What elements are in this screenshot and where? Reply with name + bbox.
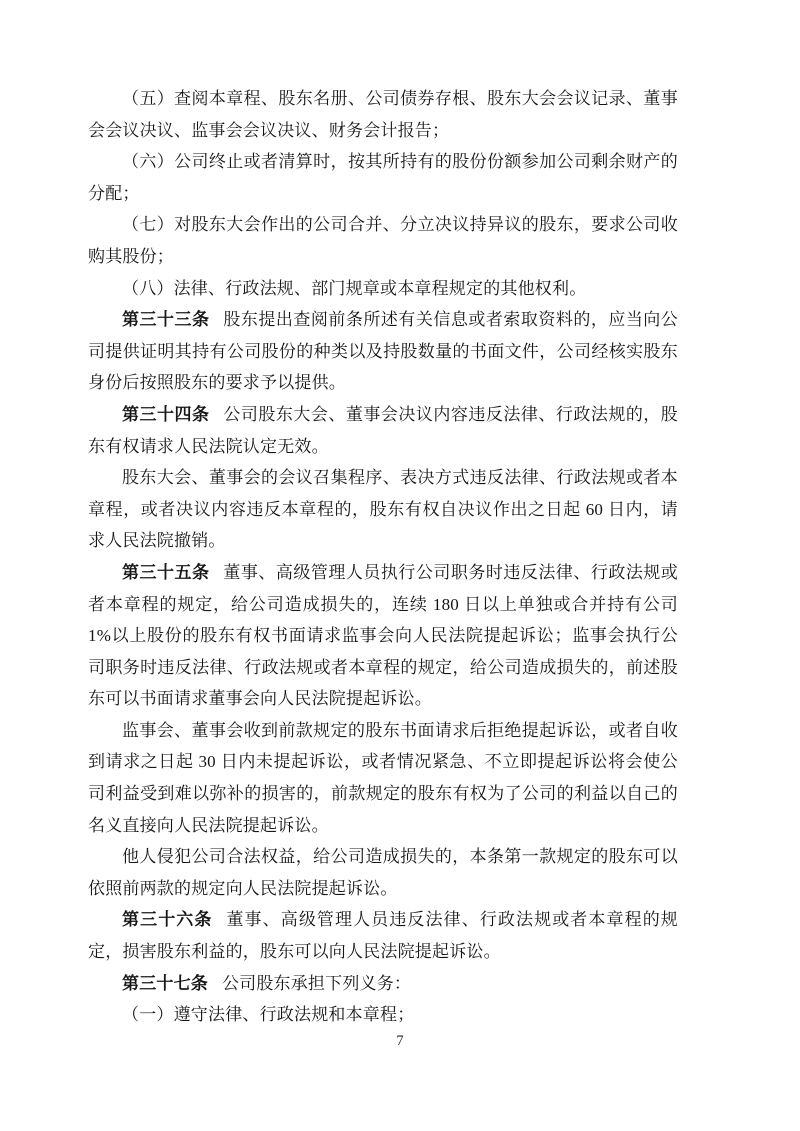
clause-item-8: （八）法律、行政法规、部门规章或本章程规定的其他权利。	[88, 273, 678, 305]
article-35-text: 董事、高级管理人员执行公司职务时违反法律、行政法规或者本章程的规定，给公司造成损…	[88, 563, 678, 708]
article-33-number: 第三十三条	[122, 310, 209, 329]
article-37-text: 公司股东承担下列义务：	[222, 974, 411, 993]
article-34: 第三十四条公司股东大会、董事会决议内容违反法律、行政法规的，股东有权请求人民法院…	[88, 399, 678, 462]
document-page: （五）查阅本章程、股东名册、公司债券存根、股东大会会议记录、董事会会议决议、监事…	[0, 0, 800, 1131]
article-33: 第三十三条股东提出查阅前条所述有关信息或者索取资料的，应当向公司提供证明其持有公…	[88, 304, 678, 399]
article-35-paragraph-3: 他人侵犯公司合法权益，给公司造成损失的，本条第一款规定的股东可以依照前两款的规定…	[88, 841, 678, 904]
obligation-item-1: （一）遵守法律、行政法规和本章程；	[88, 999, 678, 1031]
clause-item-5: （五）查阅本章程、股东名册、公司债券存根、股东大会会议记录、董事会会议决议、监事…	[88, 83, 678, 146]
article-35: 第三十五条董事、高级管理人员执行公司职务时违反法律、行政法规或者本章程的规定，给…	[88, 557, 678, 715]
document-body: （五）查阅本章程、股东名册、公司债券存根、股东大会会议记录、董事会会议决议、监事…	[88, 83, 678, 1031]
article-36: 第三十六条董事、高级管理人员违反法律、行政法规或者本章程的规定，损害股东利益的，…	[88, 904, 678, 967]
clause-item-7: （七）对股东大会作出的公司合并、分立决议持异议的股东，要求公司收购其股份；	[88, 209, 678, 272]
article-35-number: 第三十五条	[122, 563, 209, 582]
article-37-number: 第三十七条	[122, 974, 208, 993]
article-34-number: 第三十四条	[122, 405, 209, 424]
article-36-number: 第三十六条	[122, 910, 213, 929]
article-37: 第三十七条公司股东承担下列义务：	[88, 968, 678, 1000]
page-number: 7	[0, 1031, 800, 1051]
article-35-paragraph-2: 监事会、董事会收到前款规定的股东书面请求后拒绝提起诉讼，或者自收到请求之日起 3…	[88, 715, 678, 841]
clause-item-6: （六）公司终止或者清算时，按其所持有的股份份额参加公司剩余财产的分配；	[88, 146, 678, 209]
article-34-paragraph-2: 股东大会、董事会的会议召集程序、表决方式违反法律、行政法规或者本章程，或者决议内…	[88, 462, 678, 557]
